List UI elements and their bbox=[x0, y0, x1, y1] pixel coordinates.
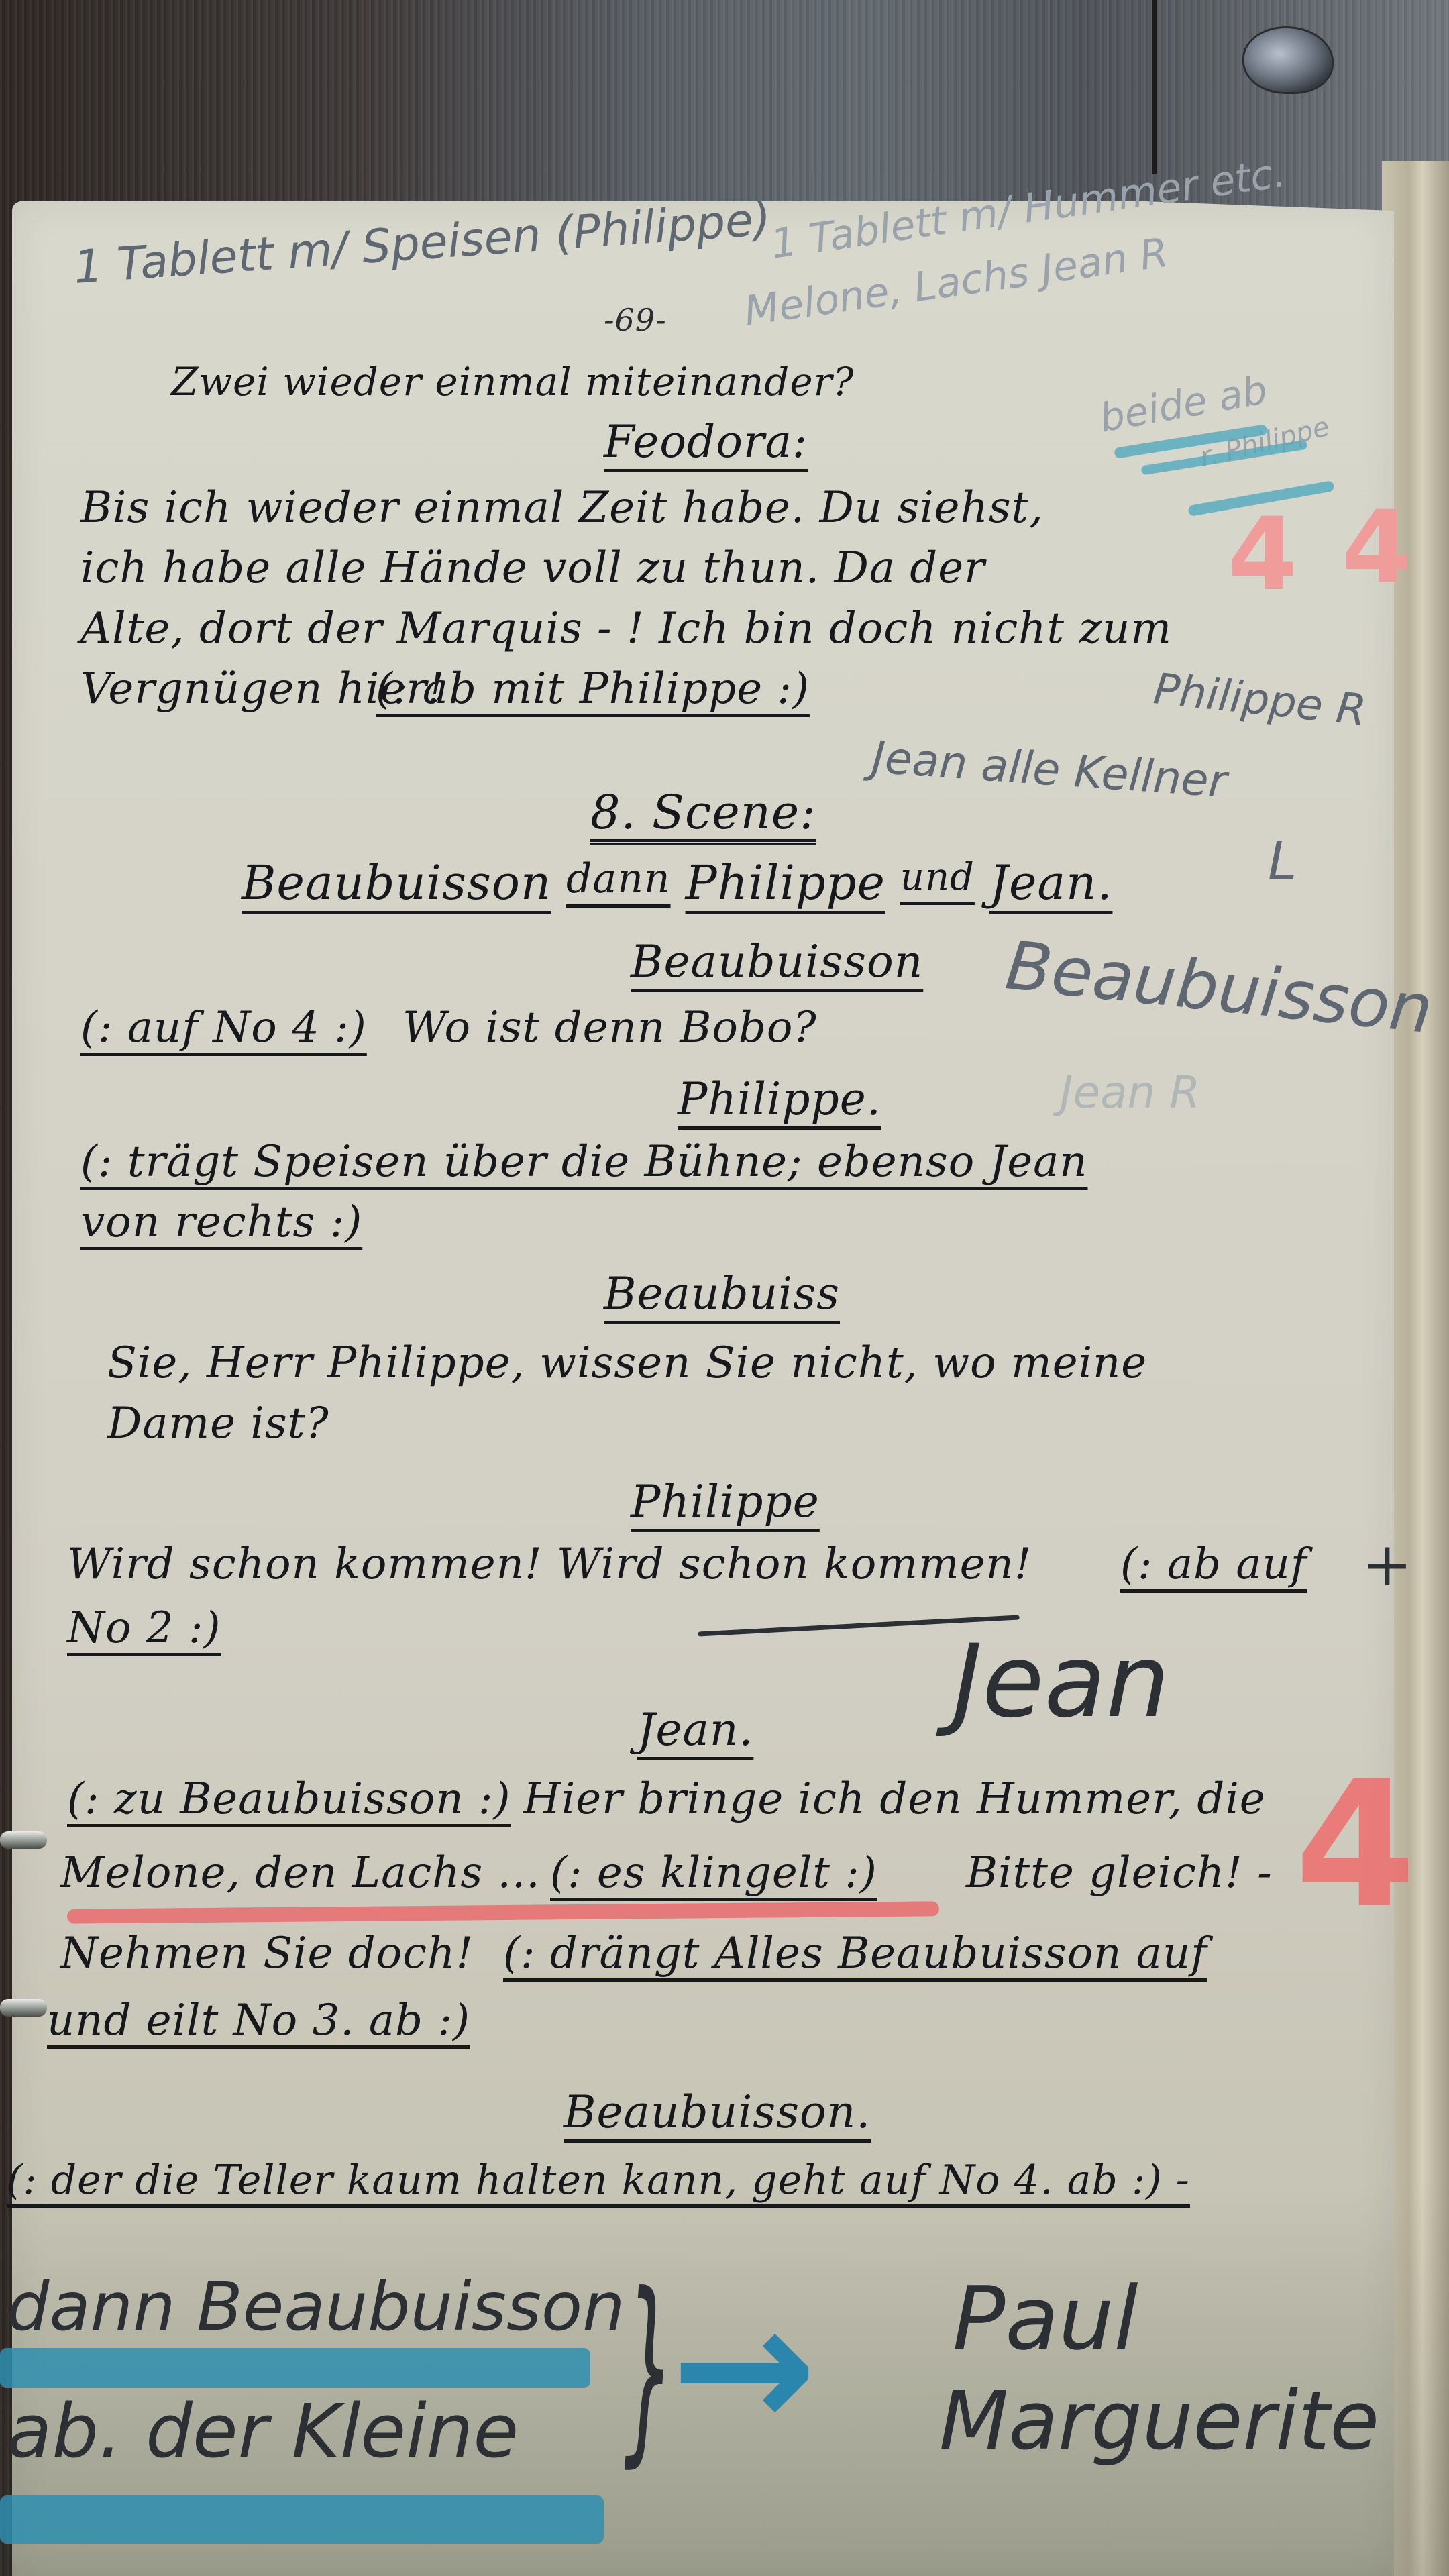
speaker-feodora: Feodora: bbox=[604, 416, 808, 468]
binding-thread-lower bbox=[0, 1999, 47, 2017]
red-mark-4: 4 bbox=[1228, 496, 1297, 613]
blue-arrow-icon: → bbox=[671, 2281, 817, 2455]
cast-philippe: Philippe bbox=[686, 855, 885, 910]
scene-heading: 8. Scene: bbox=[590, 785, 816, 840]
blue-marker-strike bbox=[0, 2495, 604, 2544]
annotation-paul: Paul bbox=[953, 2267, 1138, 2369]
speaker-philippe: Philippe. bbox=[678, 1073, 881, 1125]
dialogue-line: Bitte gleich! - bbox=[966, 1851, 1273, 1894]
annotation-l: L bbox=[1268, 832, 1297, 892]
stage-direction: (: ab auf bbox=[1120, 1543, 1307, 1586]
speaker-beaubuisson: Beaubuisson. bbox=[563, 2086, 871, 2138]
annotation-ab-der-kleine: ab. der Kleine bbox=[7, 2388, 519, 2474]
dialogue-line: Wird schon kommen! Wird schon kommen! bbox=[67, 1543, 1032, 1586]
blue-marker-strike bbox=[0, 2348, 590, 2388]
page-number: -69- bbox=[604, 302, 667, 338]
stage-direction: (: auf No 4 :) bbox=[80, 1006, 367, 1049]
cast-und: und bbox=[900, 855, 975, 910]
binding-thread-upper bbox=[0, 1831, 47, 1849]
cast-dann: dann bbox=[566, 855, 670, 910]
dialogue-line: Alte, dort der Marquis - ! Ich bin doch … bbox=[80, 607, 1172, 650]
dialogue-line: ich habe alle Hände voll zu thun. Da der bbox=[80, 547, 985, 590]
speaker-beaubuisson: Beaubuisson bbox=[631, 936, 923, 987]
stage-direction: (: der die Teller kaum halten kann, geht… bbox=[7, 2160, 1190, 2200]
scene-cast-list: Beaubuisson dann Philippe und Jean. bbox=[241, 855, 1112, 910]
stage-direction: und eilt No 3. ab :) bbox=[47, 1999, 470, 2042]
stage-direction: No 2 :) bbox=[67, 1607, 221, 1650]
dialogue-line: Hier bringe ich den Hummer, die bbox=[523, 1778, 1266, 1821]
annotation-marguerite: Marguerite bbox=[939, 2375, 1379, 2468]
speaker-beaubuiss: Beaubuiss bbox=[604, 1268, 840, 1320]
stage-direction: (: ab mit Philippe :) bbox=[376, 667, 810, 710]
dialogue-line: Dame ist? bbox=[107, 1402, 329, 1445]
dialogue-continuation: Zwei wieder einmal miteinander? bbox=[171, 362, 854, 401]
stage-direction: (: es klingelt :) bbox=[550, 1851, 877, 1894]
dialogue-line: Bis ich wieder einmal Zeit habe. Du sieh… bbox=[80, 486, 1044, 529]
bracket: } bbox=[624, 2267, 675, 2469]
cast-beaubuisson: Beaubuisson bbox=[241, 855, 551, 910]
annotation-faint-jean-r: Jean R bbox=[1060, 1067, 1200, 1118]
annotation-dann-beaubuisson: dann Beaubuisson bbox=[7, 2267, 625, 2346]
stage-direction: (: drängt Alles Beaubuisson auf bbox=[503, 1932, 1207, 1975]
speaker-philippe: Philippe bbox=[631, 1476, 820, 1527]
red-mark-4-lower: 4 bbox=[1295, 1744, 1416, 1947]
red-mark-4: 4 bbox=[1342, 490, 1411, 606]
stage-direction: (: trägt Speisen über die Bühne; ebenso … bbox=[80, 1140, 1088, 1183]
wood-knot bbox=[1244, 28, 1332, 92]
plank-gap bbox=[1152, 0, 1157, 174]
dialogue-line: Sie, Herr Philippe, wissen Sie nicht, wo… bbox=[107, 1342, 1147, 1385]
annotation-cross: + bbox=[1362, 1529, 1412, 1600]
stage-direction: von rechts :) bbox=[80, 1201, 362, 1244]
dialogue-line: Nehmen Sie doch! bbox=[60, 1932, 474, 1975]
cast-jean: Jean. bbox=[989, 855, 1113, 910]
annotation-jean-large: Jean bbox=[953, 1623, 1170, 1740]
stage-direction: (: zu Beaubuisson :) bbox=[67, 1778, 511, 1821]
speaker-jean: Jean. bbox=[637, 1704, 753, 1756]
dialogue-line: Wo ist denn Bobo? bbox=[402, 1006, 817, 1049]
dialogue-line: Melone, den Lachs ... bbox=[60, 1851, 541, 1894]
